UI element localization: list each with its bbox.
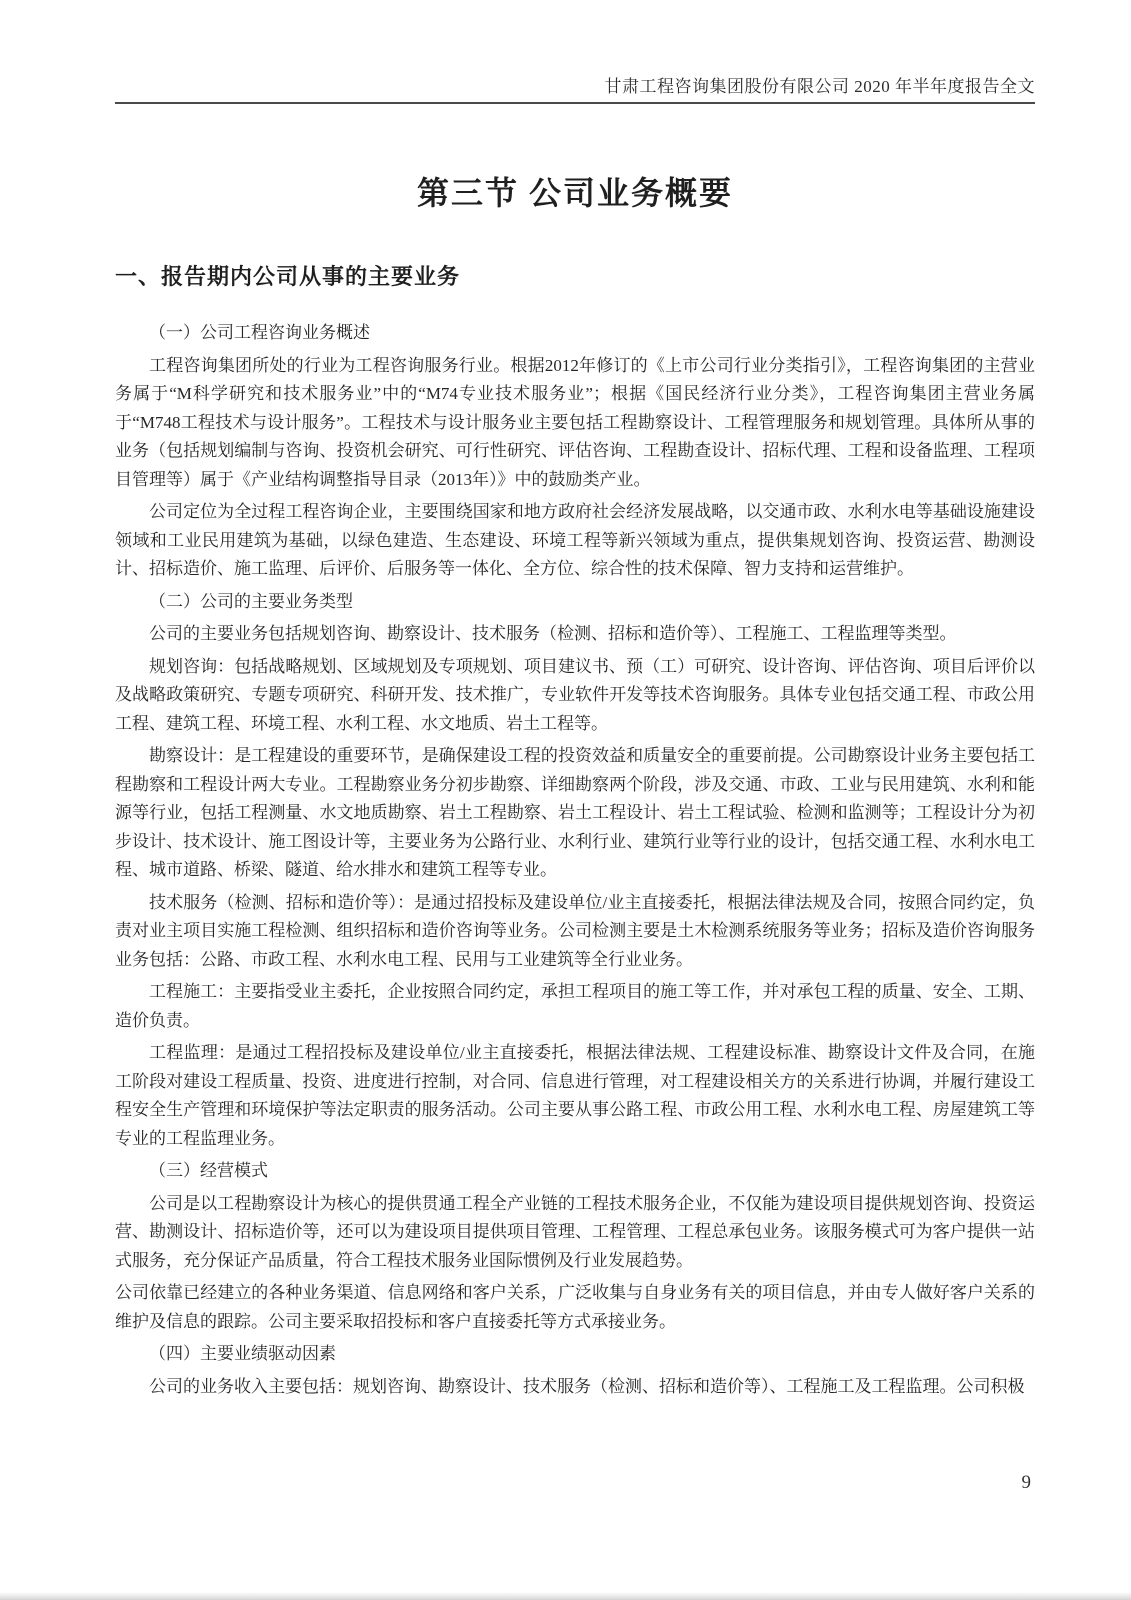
page-number: 9 — [1022, 1472, 1032, 1494]
scan-edge-artifact — [0, 1592, 1131, 1600]
paragraph: 公司定位为全过程工程咨询企业，主要围绕国家和地方政府社会经济发展战略，以交通市政… — [115, 498, 1035, 584]
paragraph: 工程咨询集团所处的行业为工程咨询服务行业。根据2012年修订的《上市公司行业分类… — [115, 352, 1035, 495]
paragraph: 公司是以工程勘察设计为核心的提供贯通工程全产业链的工程技术服务企业，不仅能为建设… — [115, 1190, 1035, 1276]
section-heading: 一、报告期内公司从事的主要业务 — [115, 260, 1035, 291]
paragraph: 公司的业务收入主要包括：规划咨询、勘察设计、技术服务（检测、招标和造价等）、工程… — [115, 1373, 1035, 1402]
paragraph: 工程监理：是通过工程招投标及建设单位/业主直接委托，根据法律法规、工程建设标准、… — [115, 1039, 1035, 1153]
paragraph: 勘察设计：是工程建设的重要环节，是确保建设工程的投资效益和质量安全的重要前提。公… — [115, 742, 1035, 885]
paragraph: 公司的主要业务包括规划咨询、勘察设计、技术服务（检测、招标和造价等）、工程施工、… — [115, 620, 1035, 649]
paragraph: 工程施工：主要指受业主委托，企业按照合同约定，承担工程项目的施工等工作，并对承包… — [115, 978, 1035, 1035]
header-rule — [115, 102, 1035, 104]
paragraph: 公司依靠已经建立的各种业务渠道、信息网络和客户关系，广泛收集与自身业务有关的项目… — [115, 1279, 1035, 1336]
page-header-text: 甘肃工程咨询集团股份有限公司 2020 年半年度报告全文 — [115, 0, 1035, 97]
report-page: 甘肃工程咨询集团股份有限公司 2020 年半年度报告全文 第三节 公司业务概要 … — [0, 0, 1131, 1600]
subheading: （三）经营模式 — [115, 1157, 1035, 1186]
paragraph: 规划咨询：包括战略规划、区域规划及专项规划、项目建议书、预（工）可研究、设计咨询… — [115, 653, 1035, 739]
paragraph: 技术服务（检测、招标和造价等）：是通过招投标及建设单位/业主直接委托，根据法律法… — [115, 889, 1035, 975]
document-body: （一）公司工程咨询业务概述工程咨询集团所处的行业为工程咨询服务行业。根据2012… — [115, 319, 1035, 1401]
page-title: 第三节 公司业务概要 — [115, 168, 1035, 214]
subheading: （一）公司工程咨询业务概述 — [115, 319, 1035, 348]
subheading: （四）主要业绩驱动因素 — [115, 1340, 1035, 1369]
subheading: （二）公司的主要业务类型 — [115, 588, 1035, 617]
